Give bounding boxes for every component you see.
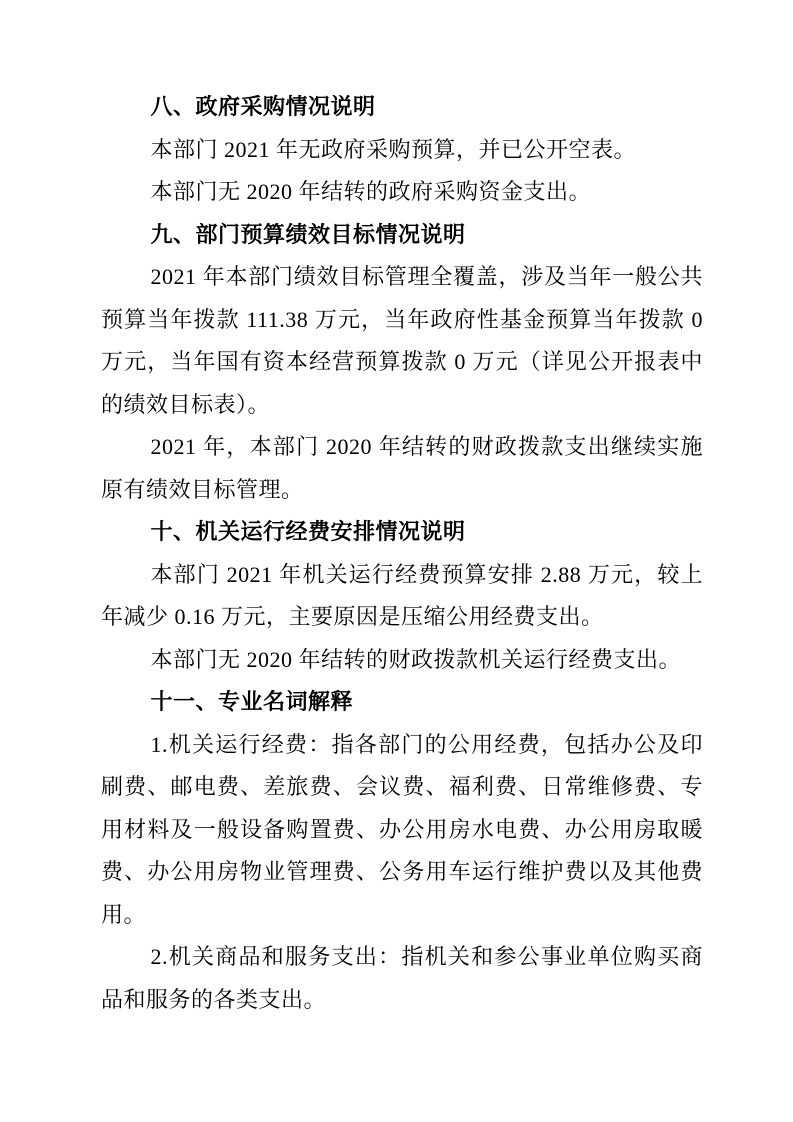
paragraph: 2.机关商品和服务支出：指机关和参公事业单位购买商品和服务的各类支出。 [101,936,703,1021]
document-page: 八、政府采购情况说明 本部门 2021 年无政府采购预算，并已公开空表。 本部门… [0,0,793,1122]
paragraph: 1.机关运行经费：指各部门的公用经费，包括办公及印刷费、邮电费、差旅费、会议费、… [101,724,703,937]
paragraph: 本部门 2021 年机关运行经费预算安排 2.88 万元，较上年减少 0.16 … [101,554,703,639]
paragraph: 2021 年，本部门 2020 年结转的财政拨款支出继续实施原有绩效目标管理。 [101,426,703,511]
paragraph: 2021 年本部门绩效目标管理全覆盖，涉及当年一般公共预算当年拨款 111.38… [101,256,703,426]
paragraph: 本部门无 2020 年结转的政府采购资金支出。 [101,171,703,214]
paragraph: 本部门无 2020 年结转的财政拨款机关运行经费支出。 [101,639,703,682]
document-body: 八、政府采购情况说明 本部门 2021 年无政府采购预算，并已公开空表。 本部门… [101,86,703,1021]
section-heading-terminology: 十一、专业名词解释 [101,681,703,724]
section-heading-budget-performance: 九、部门预算绩效目标情况说明 [101,214,703,257]
section-heading-government-procurement: 八、政府采购情况说明 [101,86,703,129]
paragraph: 本部门 2021 年无政府采购预算，并已公开空表。 [101,129,703,172]
section-heading-operating-expenses: 十、机关运行经费安排情况说明 [101,511,703,554]
